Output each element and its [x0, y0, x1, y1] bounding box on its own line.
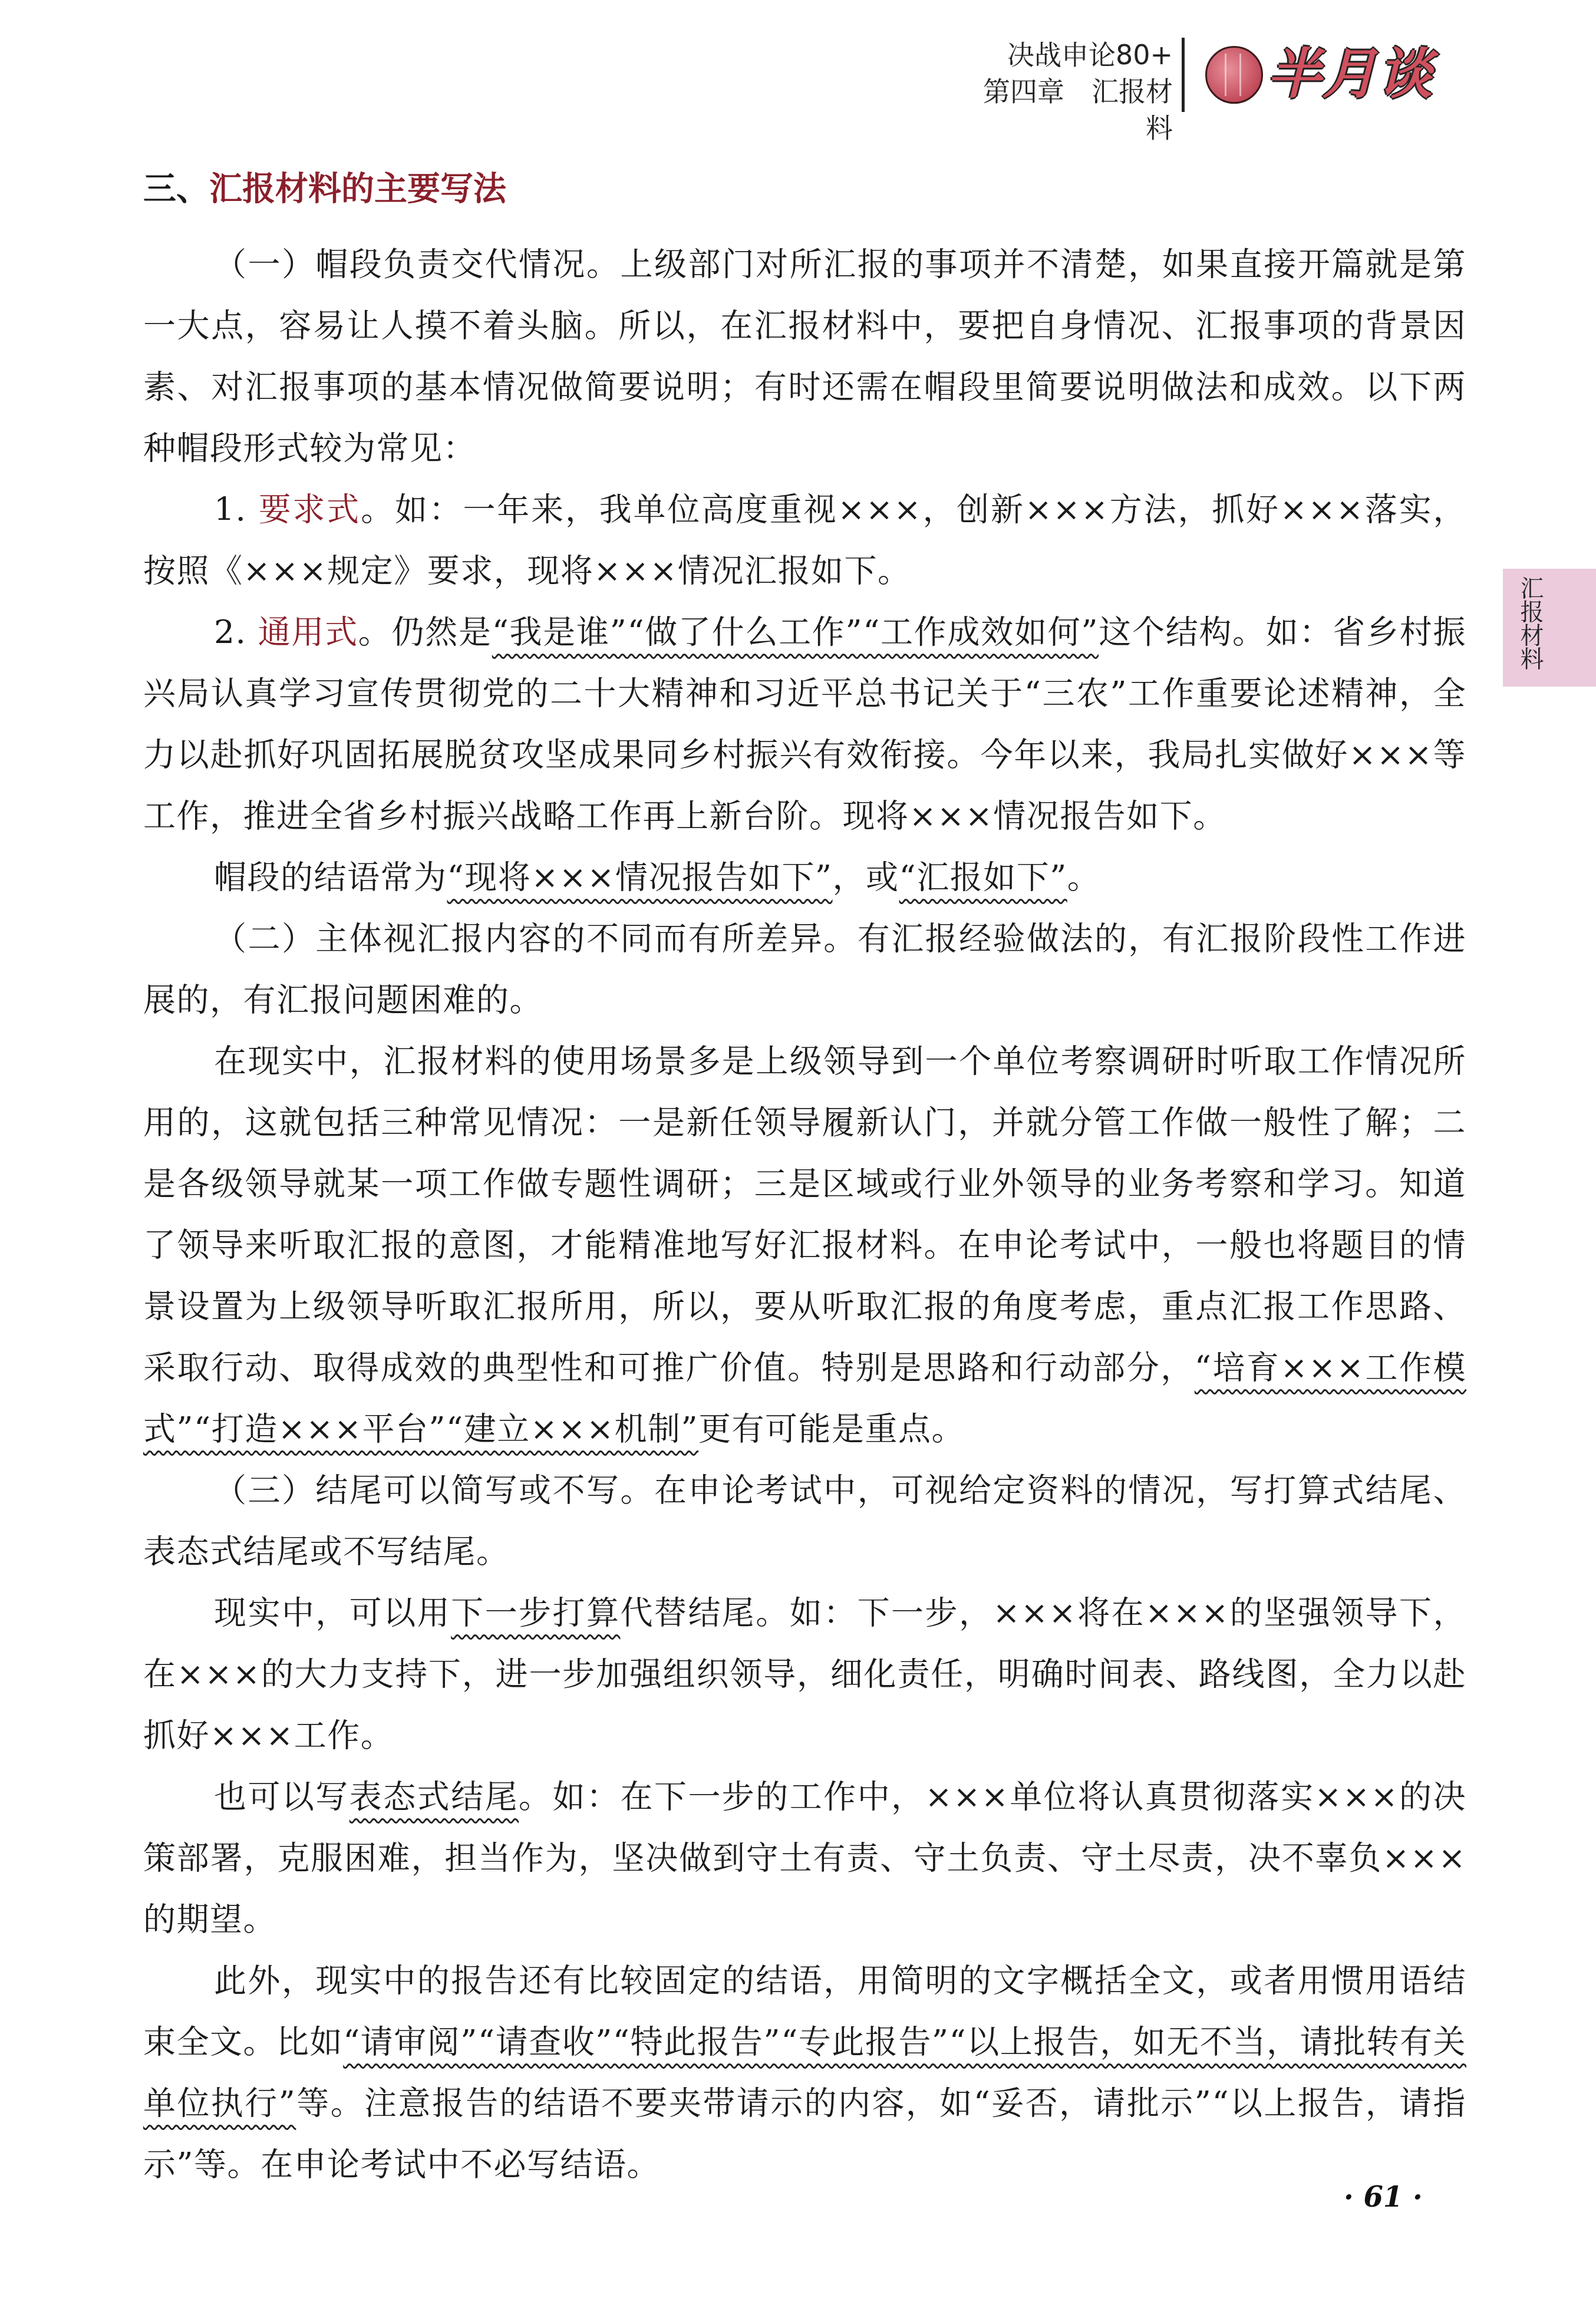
logo-text: 半月谈: [1267, 45, 1433, 104]
paragraph-text: ，或: [833, 858, 899, 896]
paragraph-text: 现实中，可以用: [214, 1594, 451, 1631]
paragraph-text: 等。注意报告的结语不要夹带请示的内容，如“妥否，请批示”“以上报告，请指示”等。…: [143, 2084, 1466, 2183]
paragraph-ending-section: （三）结尾可以简写或不写。在申论考试中，可视给定资料的情况，写打算式结尾、表态式…: [143, 1459, 1466, 1582]
paragraph-body-section: （二）主体视汇报内容的不同而有所差异。有汇报经验做法的，有汇报阶段性工作进展的，…: [143, 908, 1466, 1030]
paragraph-text: 帽段的结语常为: [214, 858, 447, 896]
section-number: 三、: [143, 169, 209, 208]
paragraph-text: 更有可能是重点。: [698, 1410, 965, 1448]
paragraph-text: 也可以写: [214, 1778, 349, 1815]
paragraph-text: 。仍然是: [358, 613, 492, 651]
paragraph-attitude-ending: 也可以写表态式结尾。如：在下一步的工作中，×××单位将认真贯彻落实×××的决策部…: [143, 1766, 1466, 1950]
paragraph-text: 。: [1067, 858, 1101, 896]
publisher-logo: 半月谈: [1205, 41, 1441, 106]
side-tab-label: 汇报材料: [1519, 576, 1543, 670]
wavy-emphasis: “汇报如下”: [899, 858, 1067, 896]
section-title-text: 汇报材料的主要写法: [209, 169, 506, 208]
paragraph-requirement-style: 1. 要求式。如：一年来，我单位高度重视×××，创新×××方法，抓好×××落实，…: [143, 479, 1466, 601]
chapter-title: 第四章 汇报材料: [972, 73, 1173, 146]
list-number: 1.: [214, 490, 259, 528]
page-body: 三、汇报材料的主要写法 （一）帽段负责交代情况。上级部门对所汇报的事项并不清楚，…: [143, 165, 1466, 2195]
chapter-side-tab: 汇报材料: [1503, 569, 1596, 687]
paragraph-real-scenarios: 在现实中，汇报材料的使用场景多是上级领导到一个单位考察调研时听取工作情况所用的，…: [143, 1030, 1466, 1459]
paragraph-intro-cap: （一）帽段负责交代情况。上级部门对所汇报的事项并不清楚，如果直接开篇就是第一大点…: [143, 233, 1466, 479]
header-text: 决战申论80+ 第四章 汇报材料: [972, 37, 1173, 146]
paragraph-text: 在现实中，汇报材料的使用场景多是上级领导到一个单位考察调研时听取工作情况所用的，…: [143, 1042, 1466, 1386]
wavy-emphasis: 下一步打算: [451, 1594, 620, 1631]
book-title: 决战申论80+: [972, 37, 1173, 73]
paragraph-fixed-closing: 此外，现实中的报告还有比较固定的结语，用简明的文字概括全文，或者用惯用语结束全文…: [143, 1950, 1466, 2195]
highlight-term: 通用式: [258, 613, 358, 651]
wavy-emphasis: 表态式结尾: [349, 1778, 519, 1815]
paragraph-next-step-ending: 现实中，可以用下一步打算代替结尾。如：下一步，×××将在×××的坚强领导下，在×…: [143, 1582, 1466, 1766]
running-header: 决战申论80+ 第四章 汇报材料 半月谈: [972, 37, 1503, 113]
page-number: · 61 ·: [1344, 2181, 1423, 2214]
wavy-emphasis: “现将×××情况报告如下”: [447, 858, 833, 896]
header-divider: [1182, 38, 1185, 112]
logo-globe-icon: [1205, 46, 1263, 104]
list-number: 2.: [214, 613, 258, 651]
section-heading: 三、汇报材料的主要写法: [143, 165, 1466, 212]
wavy-emphasis: “我是谁”“做了什么工作”“工作成效如何”: [492, 613, 1099, 651]
paragraph-general-style: 2. 通用式。仍然是“我是谁”“做了什么工作”“工作成效如何”这个结构。如：省乡…: [143, 601, 1466, 846]
paragraph-cap-closing: 帽段的结语常为“现将×××情况报告如下”，或“汇报如下”。: [143, 846, 1466, 908]
highlight-term: 要求式: [259, 490, 361, 528]
